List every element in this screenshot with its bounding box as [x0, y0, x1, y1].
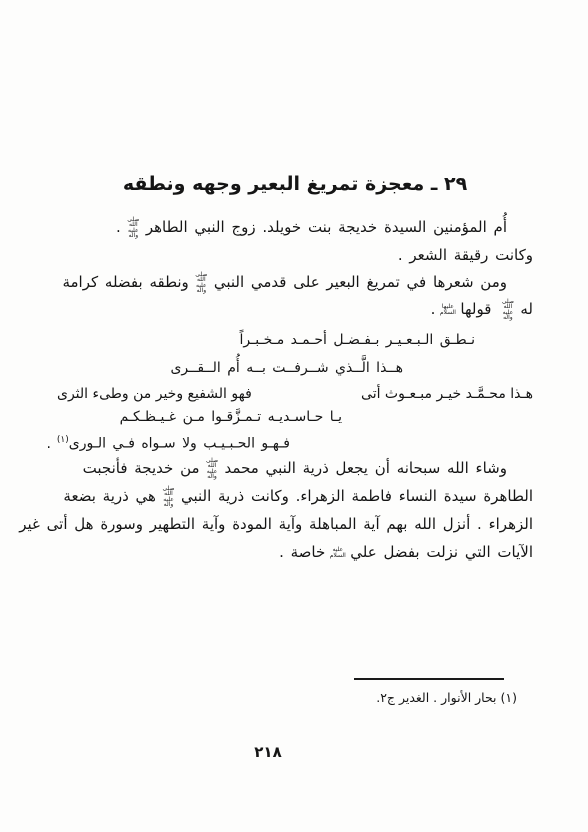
para1-line1-text: أُم المؤمنين السيدة خديجة بنت خويلد. زوج…	[146, 218, 507, 236]
para1-line2: وكانت رقيقة الشعر .	[398, 244, 533, 266]
poem-line-3-hemistich-a: هـذا محـمَّـد خيـر مبـعـوث أتى	[361, 384, 533, 405]
para1-line1-period: .	[116, 218, 121, 236]
para1-line1: أُم المؤمنين السيدة خديجة بنت خويلد. زوج…	[116, 216, 507, 239]
para3-line1: وشاء الله سبحانه أن يجعل ذرية النبي محمد…	[83, 457, 507, 480]
para2-line2-text-a: له	[520, 300, 533, 318]
poem-line-3: هـذا محـمَّـد خيـر مبـعـوث أتى فهو الشفي…	[57, 384, 533, 405]
para3-line2: الطاهرة سيدة النساء فاطمة الزهراء. وكانت…	[63, 485, 533, 508]
poem-line-2: هــذا الَّــذي شــرفــت بــه أُم الــقــ…	[170, 358, 403, 379]
para3-line1-text-a: وشاء الله سبحانه أن يجعل ذرية النبي محمد	[225, 459, 507, 477]
alayhi-salam-honorific-stamp: عليه السلام	[327, 547, 348, 558]
para3-line4-text-b: خاصة .	[279, 543, 325, 561]
footnote-text: (١) بحار الأنوار . الغدير ج٢.	[376, 689, 517, 707]
para2-line1: ومن شعرها في تمريغ البعير على قدمي النبي…	[62, 271, 507, 294]
para2-line2: لهصلى الله عليه وآلهقولهاعليها السلام.	[431, 298, 533, 321]
page-number: ٢١٨	[246, 743, 290, 761]
para3-line2-text-b: هي ذرية بضعة	[63, 487, 156, 505]
alayha-salam-honorific-stamp: عليها السلام	[437, 304, 458, 315]
para3-line3: الزهراء . أنزل الله بهم آية المباهلة وآي…	[19, 513, 533, 535]
salla-honorific-stamp: صلى الله عليه وآله	[202, 458, 223, 480]
poem-line-3-hemistich-b: فهو الشفيع وخير من وطىء الثرى	[57, 384, 252, 405]
para2-line1-text-b: ونطقه بفضله كرامة	[62, 273, 188, 291]
para3-line4: الآيات التي نزلت بفضل عليعليه السلامخاصة…	[279, 541, 533, 563]
poem-line-4: يـا حـاسـديـه تـمـزَّقـوا مـن غـيـظـكـم	[120, 407, 342, 428]
salla-honorific-stamp: صلى الله عليه وآله	[123, 217, 144, 239]
poem-line-5-text: فـهـو الحـبـيـب ولا سـواه فـي الـورى	[69, 436, 290, 452]
para3-line1-text-b: من خديجة فأنجبت	[83, 459, 200, 477]
para3-line4-text-a: الآيات التي نزلت بفضل علي	[350, 543, 533, 561]
footnote-ref-marker: (١)	[57, 435, 69, 445]
poem-line-1: نـطـق الـبـعـيـر بـفـضـل أحـمـد مـخـبـرا…	[240, 330, 475, 351]
salla-honorific-stamp: صلى الله عليه وآله	[158, 486, 179, 508]
salla-honorific-stamp: صلى الله عليه وآله	[497, 299, 518, 321]
poem-line-5-period: .	[46, 436, 50, 452]
chapter-title: ٢٩ ـ معجزة تمريغ البعير وجهه ونطقه	[57, 173, 533, 195]
para2-line2-period: .	[431, 300, 436, 318]
para3-line2-text-a: الطاهرة سيدة النساء فاطمة الزهراء. وكانت…	[181, 487, 533, 505]
book-page: ٢٩ ـ معجزة تمريغ البعير وجهه ونطقه أُم ا…	[0, 0, 588, 832]
para2-line2-text-b: قولها	[460, 300, 491, 318]
para2-line1-text-a: ومن شعرها في تمريغ البعير على قدمي النبي	[214, 273, 507, 291]
footnote-divider	[354, 678, 504, 680]
salla-honorific-stamp: صلى الله عليه وآله	[191, 272, 212, 294]
poem-line-5: فـهـو الحـبـيـب ولا سـواه فـي الـورى(١).	[46, 430, 290, 455]
